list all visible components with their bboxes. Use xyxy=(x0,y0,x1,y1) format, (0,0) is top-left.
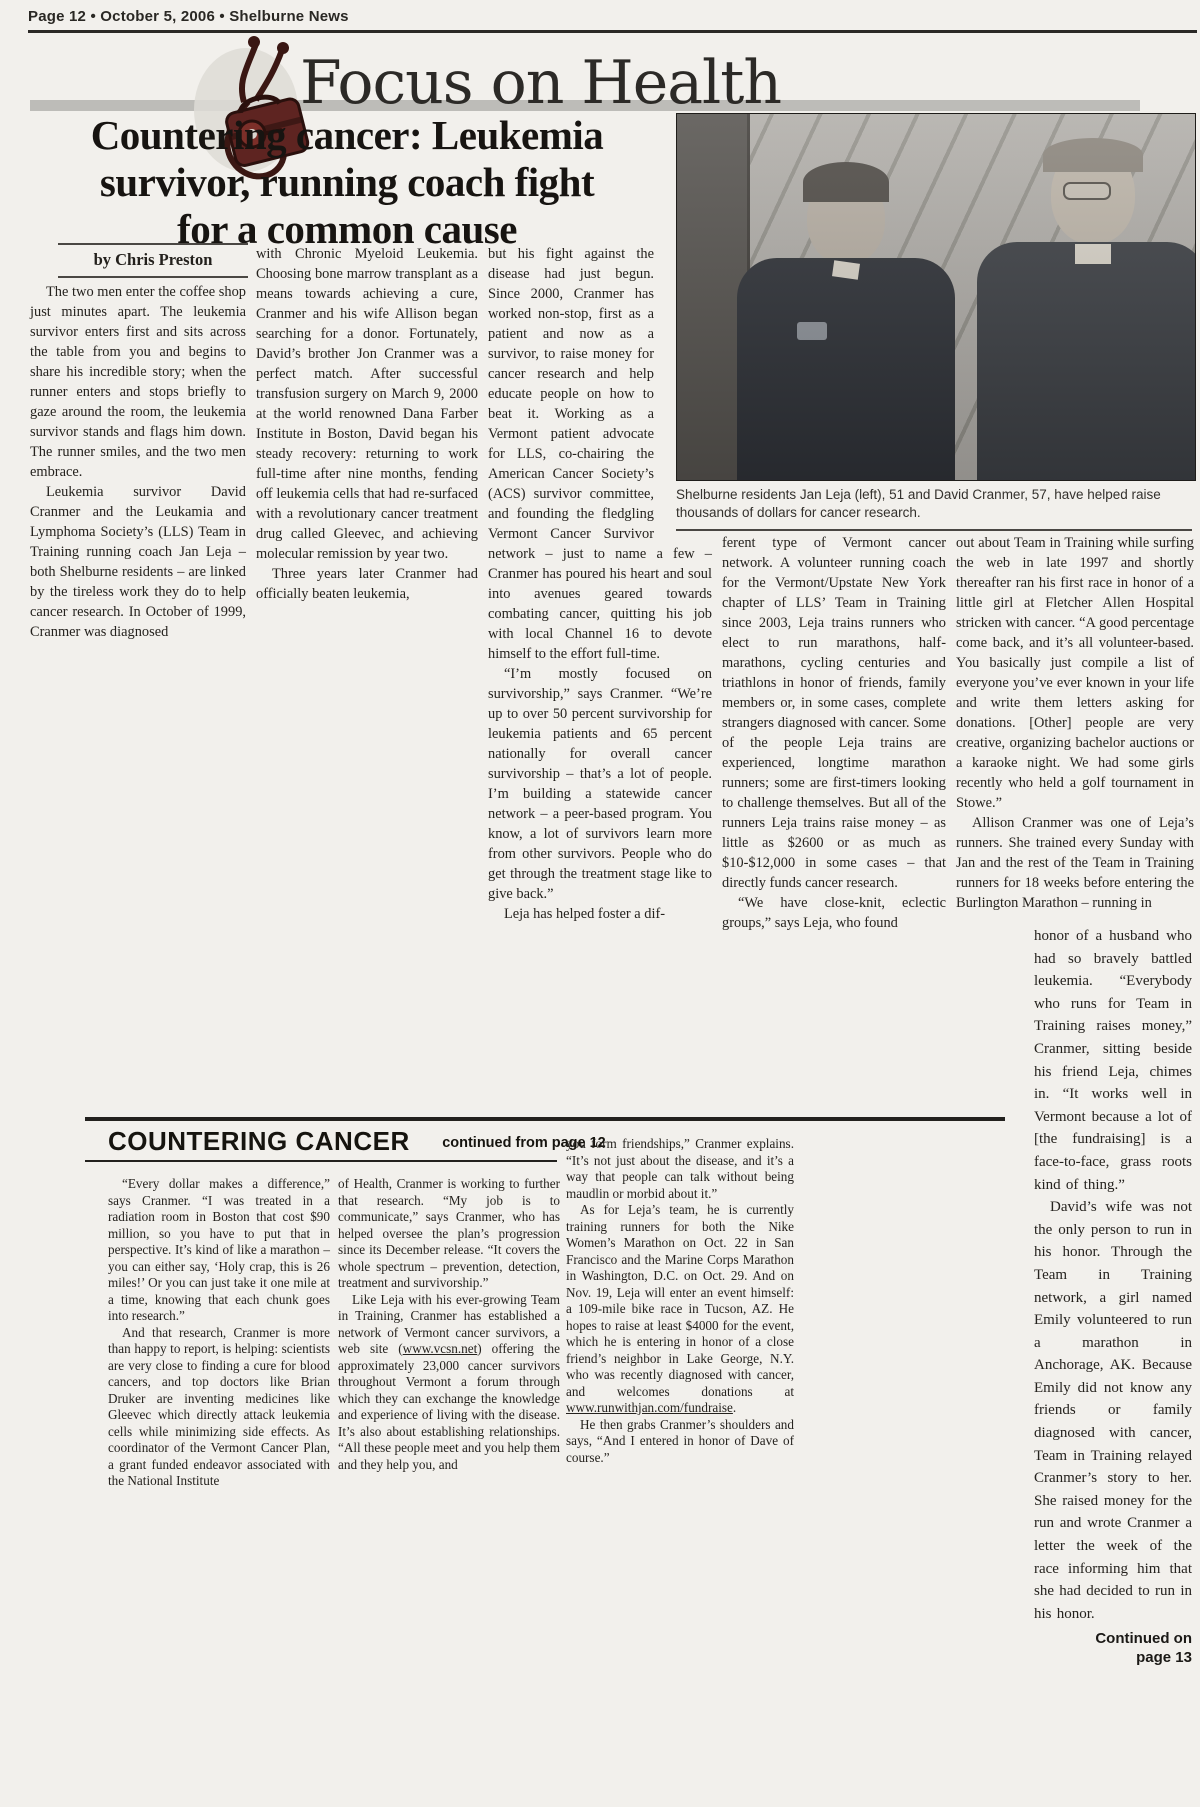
printed-url-runwithjan: www.runwithjan.com/fundraise xyxy=(566,1400,733,1415)
article-column-5: out about Team in Training while surfing… xyxy=(956,533,1194,913)
continuation-column-c: you form friendships,” Cranmer explains.… xyxy=(566,1136,794,1466)
continued-note-line2: page 13 xyxy=(1034,1648,1192,1667)
paragraph: Leja has helped foster a dif- xyxy=(488,904,712,924)
paragraph: ferent type of Vermont cancer network. A… xyxy=(722,533,946,893)
article-column-2: with Chronic Myeloid Leukemia. Choosing … xyxy=(256,244,478,604)
headline-line-1: Countering cancer: Leukemia xyxy=(22,112,672,159)
paragraph: of Health, Cranmer is working to further… xyxy=(338,1176,560,1292)
paragraph: “We have close-knit, eclectic groups,” s… xyxy=(722,893,946,933)
article-photo xyxy=(676,113,1196,481)
paragraph: you form friendships,” Cranmer explains.… xyxy=(566,1136,794,1202)
paragraph: He then grabs Cranmer’s shoulders and sa… xyxy=(566,1417,794,1467)
paragraph: with Chronic Myeloid Leukemia. Choosing … xyxy=(256,244,478,564)
continued-on-note: Continued on page 13 xyxy=(1034,1629,1192,1667)
page-header-info: Page 12 • October 5, 2006 • Shelburne Ne… xyxy=(28,8,728,25)
paragraph: Leukemia survivor David Cranmer and the … xyxy=(30,482,246,642)
continued-note-line1: Continued on xyxy=(1034,1629,1192,1648)
paragraph: honor of a husband who had so bravely ba… xyxy=(1034,925,1192,1196)
paragraph: Like Leja with his ever-growing Team in … xyxy=(338,1292,560,1474)
photo-shading xyxy=(677,114,1195,480)
photo-caption: Shelburne residents Jan Leja (left), 51 … xyxy=(676,486,1192,531)
article-headline: Countering cancer: Leukemia survivor, ru… xyxy=(22,112,672,253)
paragraph: As for Leja’s team, he is currently trai… xyxy=(566,1202,794,1417)
paragraph: And that research, Cranmer is more than … xyxy=(108,1325,330,1490)
byline: by Chris Preston xyxy=(58,243,248,278)
paragraph: Allison Cranmer was one of Leja’s runner… xyxy=(956,813,1194,913)
continuation-title: COUNTERING CANCER xyxy=(108,1126,410,1157)
section-banner-title: Focus on Health xyxy=(300,48,920,118)
article-column-1: The two men enter the coffee shop just m… xyxy=(30,282,246,642)
printed-url-vcsn: www.vcsn.net xyxy=(403,1341,478,1356)
article-column-6-narrow: honor of a husband who had so bravely ba… xyxy=(1034,925,1192,1667)
paragraph-text: . xyxy=(733,1400,736,1415)
paragraph: “I’m mostly focused on survivorship,” sa… xyxy=(488,664,712,904)
paragraph: Three years later Cranmer had officially… xyxy=(256,564,478,604)
article-column-4: ferent type of Vermont cancer network. A… xyxy=(722,533,946,933)
article-column-3: but his fight against the disease had ju… xyxy=(488,244,712,924)
paragraph-text: As for Leja’s team, he is currently trai… xyxy=(566,1202,794,1399)
paragraph: “Every dollar makes a difference,” says … xyxy=(108,1176,330,1325)
continuation-bottom-rule xyxy=(85,1160,557,1162)
paragraph: out about Team in Training while surfing… xyxy=(956,533,1194,813)
paragraph: David’s wife was not the only person to … xyxy=(1034,1196,1192,1625)
continuation-column-a: “Every dollar makes a difference,” says … xyxy=(108,1176,330,1490)
continuation-top-rule xyxy=(85,1117,1005,1121)
continuation-column-b: of Health, Cranmer is working to further… xyxy=(338,1176,560,1473)
paragraph: The two men enter the coffee shop just m… xyxy=(30,282,246,482)
photo-wrap-spacer xyxy=(654,244,712,544)
paragraph-text: ) offering the approximately 23,000 canc… xyxy=(338,1341,560,1472)
headline-line-2: survivor, running coach fight xyxy=(22,159,672,206)
